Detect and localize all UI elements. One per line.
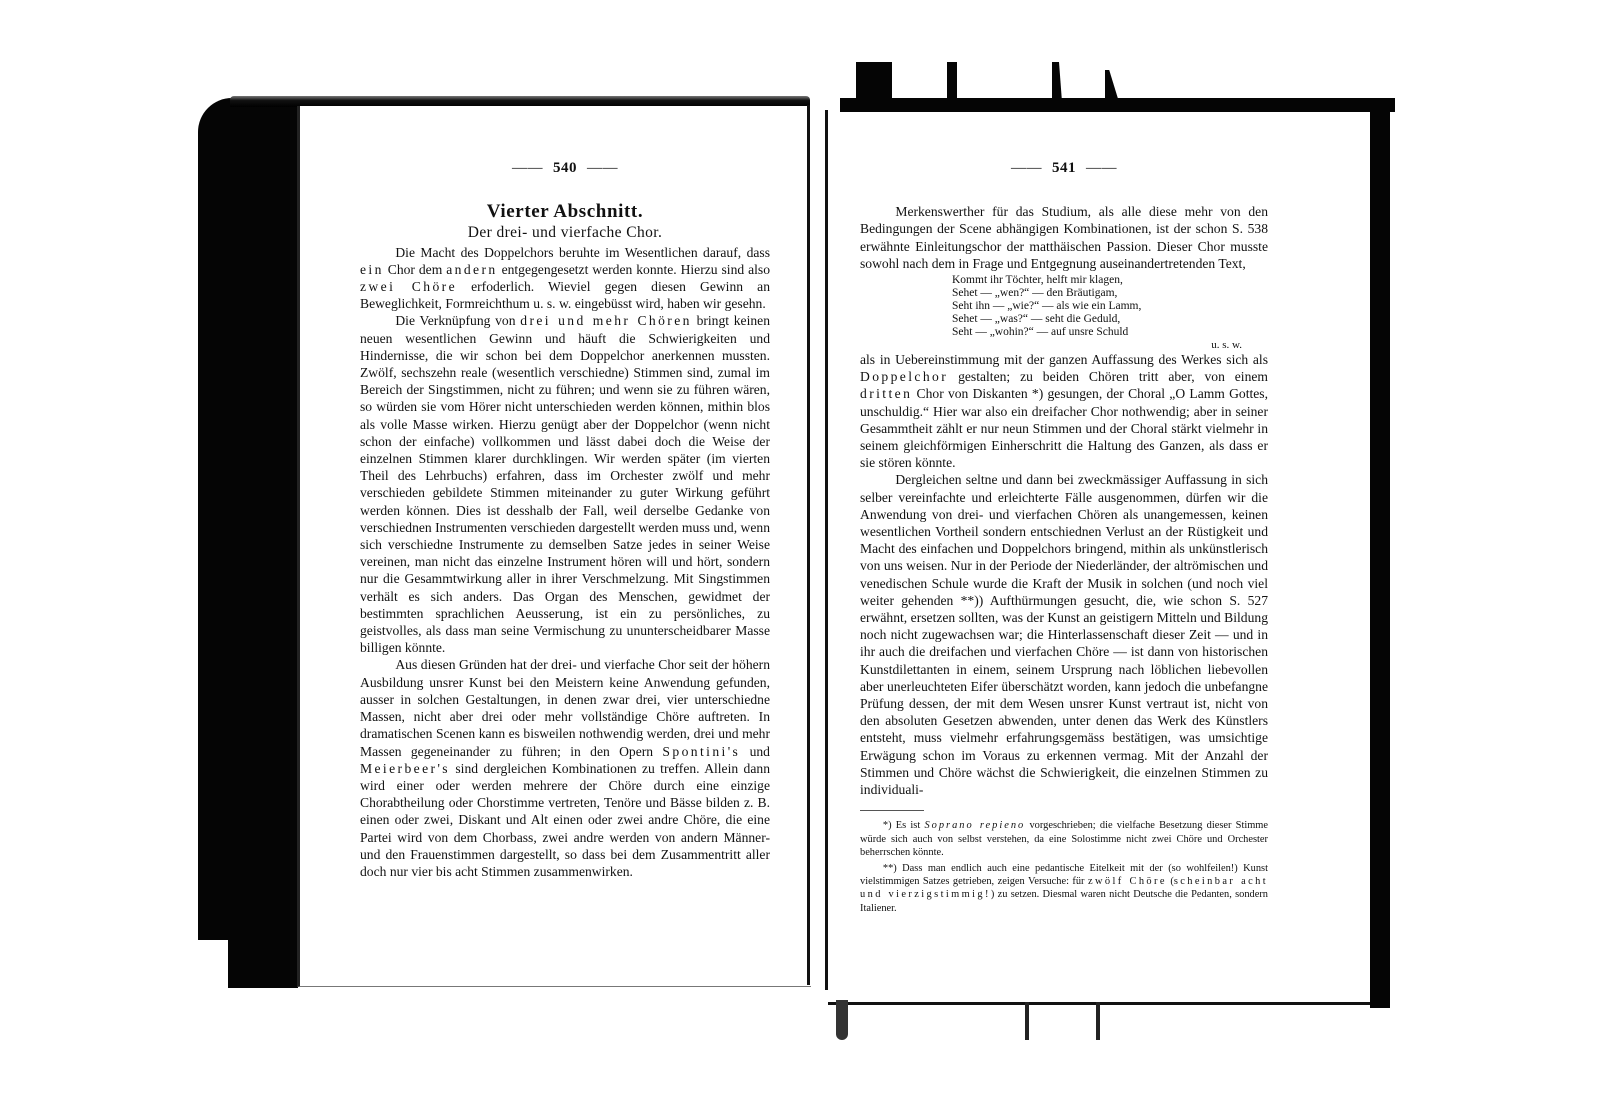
spine-gutter-left [807, 105, 810, 985]
book-cover-left-edge [198, 98, 298, 988]
page-tab-marker [1052, 62, 1062, 102]
verse-end: u. s. w. [860, 339, 1268, 351]
page-tab-marker [947, 62, 957, 102]
footnote-divider [860, 810, 924, 811]
spine-gutter-right [825, 110, 828, 990]
verse-line: Sehet — „wen?“ — den Bräutigam, [952, 287, 1268, 300]
page-number-left: ——540—— [360, 160, 770, 177]
footnotes: *) Es ist Soprano repieno vorgeschrieben… [860, 819, 1268, 915]
paragraph: Die Macht des Doppelchors beruhte im Wes… [360, 244, 770, 313]
verse-line: Kommt ihr Töchter, helft mir klagen, [952, 274, 1268, 287]
section-title: Vierter Abschnitt. [360, 203, 770, 220]
paragraph: als in Uebereinstimmung mit der ganzen A… [860, 351, 1268, 471]
book-cover-right-edge [1370, 98, 1390, 1008]
verse-line: Seht ihn — „wie?“ — als wie ein Lamm, [952, 300, 1268, 313]
page-number-value: 541 [1052, 160, 1076, 176]
page-stack-bottom-mark [1025, 1002, 1029, 1040]
page-stack-top-edge-right [840, 98, 1395, 112]
paragraph: Aus diesen Gründen hat der drei- und vie… [360, 656, 770, 880]
verse-quote: Kommt ihr Töchter, helft mir klagen, Seh… [952, 274, 1268, 339]
footnote: **) Dass man endlich auch eine pedantisc… [860, 862, 1268, 916]
page-number-value: 540 [553, 160, 577, 176]
section-subtitle: Der drei- und vierfache Chor. [360, 224, 770, 241]
footnote: *) Es ist Soprano repieno vorgeschrieben… [860, 819, 1268, 859]
page-tab-marker [856, 62, 892, 102]
paragraph: Die Verknüpfung von drei und mehr Chören… [360, 312, 770, 656]
verse-line: Seht — „wohin?“ — auf unsre Schuld [952, 326, 1268, 339]
page-stack-bottom-mark [1096, 1002, 1100, 1040]
paragraph: Dergleichen seltne und dann bei zweckmäs… [860, 471, 1268, 798]
page-number-right: ——541—— [860, 160, 1268, 177]
page-stack-bottom-mark [836, 1000, 848, 1040]
paragraph: Merkenswerther für das Studium, als alle… [860, 203, 1268, 272]
cover-notch [198, 940, 228, 988]
verse-line: Sehet — „was?“ — seht die Geduld, [952, 313, 1268, 326]
right-page-content: ——541—— Merkenswerther für das Studium, … [860, 160, 1268, 915]
left-page-content: ——540—— Vierter Abschnitt. Der drei- und… [360, 160, 770, 880]
